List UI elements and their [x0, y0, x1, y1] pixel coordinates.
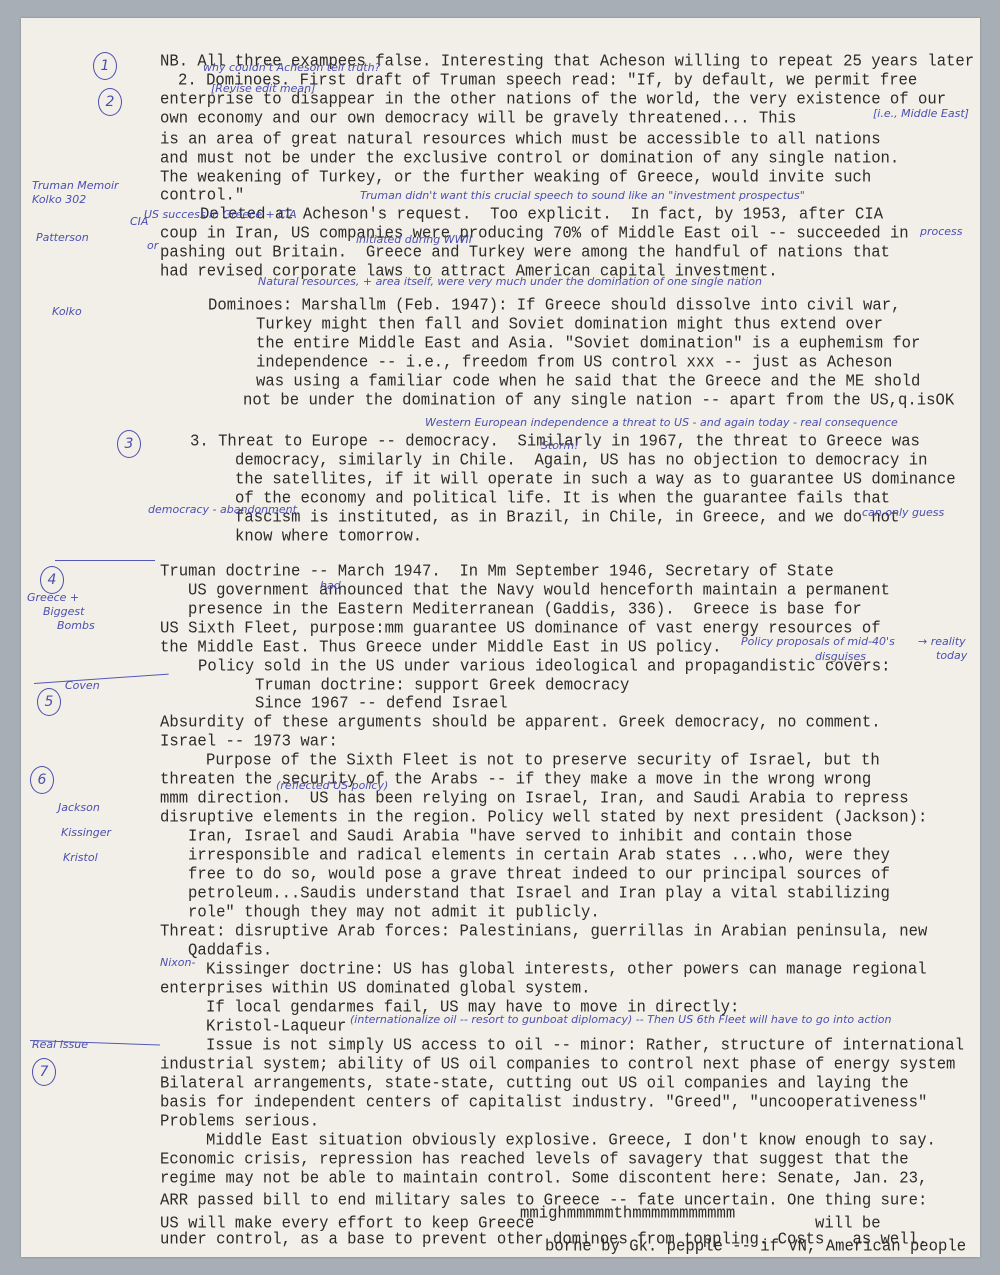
- handwritten-annotation: Kolko: [52, 306, 82, 318]
- handwritten-annotation: why couldn't Acheson tell truth?: [203, 62, 380, 74]
- handwritten-annotation: Kristol: [63, 852, 98, 864]
- typed-line: Qaddafis.: [188, 941, 272, 960]
- typed-line: threaten the security of the Arabs -- if…: [160, 770, 871, 789]
- typed-line: Deleted at Acheson's request. Too explic…: [200, 205, 883, 224]
- typed-line: irresponsible and radical elements in ce…: [188, 846, 890, 865]
- typed-line: US government announced that the Navy wo…: [188, 581, 890, 600]
- handwritten-annotation: today: [936, 650, 967, 662]
- circled-number-marker: 7: [32, 1058, 56, 1086]
- typed-line: mmm direction. US has been relying on Is…: [160, 789, 909, 808]
- handwritten-annotation: had: [320, 580, 341, 592]
- typed-line: Middle East situation obviously explosiv…: [206, 1131, 936, 1150]
- typed-line: Truman doctrine: support Greek democracy: [255, 676, 629, 695]
- handwritten-annotation: [Revise edit mean]: [211, 83, 315, 95]
- typed-line: independence -- i.e., freedom from US co…: [256, 353, 892, 372]
- typed-line: disruptive elements in the region. Polic…: [160, 808, 927, 827]
- handwritten-annotation: [i.e., Middle East]: [873, 108, 969, 120]
- typed-line: enterprises within US dominated global s…: [160, 979, 590, 998]
- typed-line: Issue is not simply US access to oil -- …: [206, 1036, 964, 1055]
- typed-line: The weakening of Turkey, or the further …: [160, 168, 871, 187]
- circled-number-marker: 6: [30, 766, 54, 794]
- handwritten-annotation: Biggest: [43, 606, 84, 618]
- handwritten-annotation: Policy proposals of mid-40's: [741, 636, 895, 648]
- handwritten-annotation: US success in Greece + CIA: [144, 209, 297, 221]
- typed-line: coup in Iran, US companies were producin…: [160, 224, 909, 243]
- typed-line: petroleum...Saudis understand that Israe…: [188, 884, 890, 903]
- typed-line: fascism is instituted, as in Brazil, in …: [235, 508, 899, 527]
- typed-line: is an area of great natural resources wh…: [160, 130, 881, 149]
- typed-line: Threat: disruptive Arab forces: Palestin…: [160, 922, 927, 941]
- handwritten-annotation: Truman Memoir: [32, 180, 119, 192]
- circled-number-marker: 4: [40, 566, 64, 594]
- handwritten-annotation: Truman didn't want this crucial speech t…: [360, 190, 805, 202]
- typed-line: Policy sold in the US under various ideo…: [198, 657, 890, 676]
- typed-line: mmighmmmmmthmmmmmmmmmmm: [520, 1204, 735, 1223]
- typed-line: control.": [160, 186, 244, 205]
- margin-rule: [55, 560, 155, 561]
- typed-line: Economic crisis, repression has reached …: [160, 1150, 909, 1169]
- handwritten-annotation: can only guess: [862, 507, 944, 519]
- typed-line: regime may not be able to maintain contr…: [160, 1169, 927, 1188]
- typed-line: Purpose of the Sixth Fleet is not to pre…: [206, 751, 880, 770]
- handwritten-annotation: → reality: [918, 636, 966, 648]
- typed-line: Bilateral arrangements, state-state, cut…: [160, 1074, 909, 1093]
- typed-line: Iran, Israel and Saudi Arabia "have serv…: [188, 827, 852, 846]
- circled-number-marker: 1: [93, 52, 117, 80]
- typed-line: know where tomorrow.: [235, 527, 422, 546]
- circled-number-marker: 2: [98, 88, 122, 116]
- typed-line: of the economy and political life. It is…: [235, 489, 890, 508]
- typed-line: free to do so, would pose a grave threat…: [188, 865, 890, 884]
- handwritten-annotation: disguises: [815, 651, 866, 663]
- typed-line: the Middle East. Thus Greece under Middl…: [160, 638, 721, 657]
- typed-line: own economy and our own democracy will b…: [160, 109, 796, 128]
- typed-line: industrial system; ability of US oil com…: [160, 1055, 955, 1074]
- typed-line: democracy, similarly in Chile. Again, US…: [235, 451, 927, 470]
- typed-line: Israel -- 1973 war:: [160, 732, 338, 751]
- typed-line: Kristol-Laqueur: [206, 1017, 346, 1036]
- handwritten-annotation: Patterson: [36, 232, 89, 244]
- typed-line: pashing out Britain. Greece and Turkey w…: [160, 243, 890, 262]
- circled-number-marker: 5: [37, 688, 61, 716]
- typed-line: presence in the Eastern Mediterranean (G…: [188, 600, 862, 619]
- typed-line: Turkey might then fall and Soviet domina…: [256, 315, 883, 334]
- typed-line: Since 1967 -- defend Israel: [255, 694, 508, 713]
- typed-line: and must not be under the exclusive cont…: [160, 149, 899, 168]
- handwritten-annotation: democracy - abandonment: [148, 504, 297, 516]
- handwritten-annotation: Natural resources, + area itself, were v…: [258, 276, 762, 288]
- typed-line: role" though they may not admit it publi…: [188, 903, 600, 922]
- handwritten-annotation: Western European independence a threat t…: [425, 417, 898, 429]
- handwritten-annotation: Storm!: [541, 440, 579, 452]
- typed-line: Absurdity of these arguments should be a…: [160, 713, 881, 732]
- typed-line: the satellites, if it will operate in su…: [235, 470, 956, 489]
- typed-line: was using a familiar code when he said t…: [256, 372, 920, 391]
- typed-line: Dominoes: Marshallm (Feb. 1947): If Gree…: [208, 296, 900, 315]
- typed-line: borne by Gk. pepple -- if VN, American p…: [545, 1237, 966, 1256]
- handwritten-annotation: (internationalize oil -- resort to gunbo…: [350, 1014, 892, 1026]
- handwritten-annotation: Kissinger: [61, 827, 111, 839]
- typed-line: basis for independent centers of capital…: [160, 1093, 927, 1112]
- typed-line: Problems serious.: [160, 1112, 319, 1131]
- handwritten-annotation: or: [147, 240, 158, 252]
- handwritten-annotation: Jackson: [58, 802, 100, 814]
- typed-line: Truman doctrine -- March 1947. In Mm Sep…: [160, 562, 834, 581]
- circled-number-marker: 3: [117, 430, 141, 458]
- handwritten-annotation: initiated during WWII: [356, 234, 472, 246]
- handwritten-annotation: Bombs: [57, 620, 95, 632]
- handwritten-annotation: Nixon-: [160, 957, 195, 969]
- handwritten-annotation: (reflected US policy): [276, 780, 388, 792]
- typed-line: Kissinger doctrine: US has global intere…: [206, 960, 927, 979]
- handwritten-annotation: process: [920, 226, 963, 238]
- handwritten-annotation: Kolko 302: [32, 194, 86, 206]
- handwritten-annotation: Coven: [65, 680, 100, 692]
- typed-line: the entire Middle East and Asia. "Soviet…: [256, 334, 920, 353]
- typed-line: not be under the domination of any singl…: [243, 391, 954, 410]
